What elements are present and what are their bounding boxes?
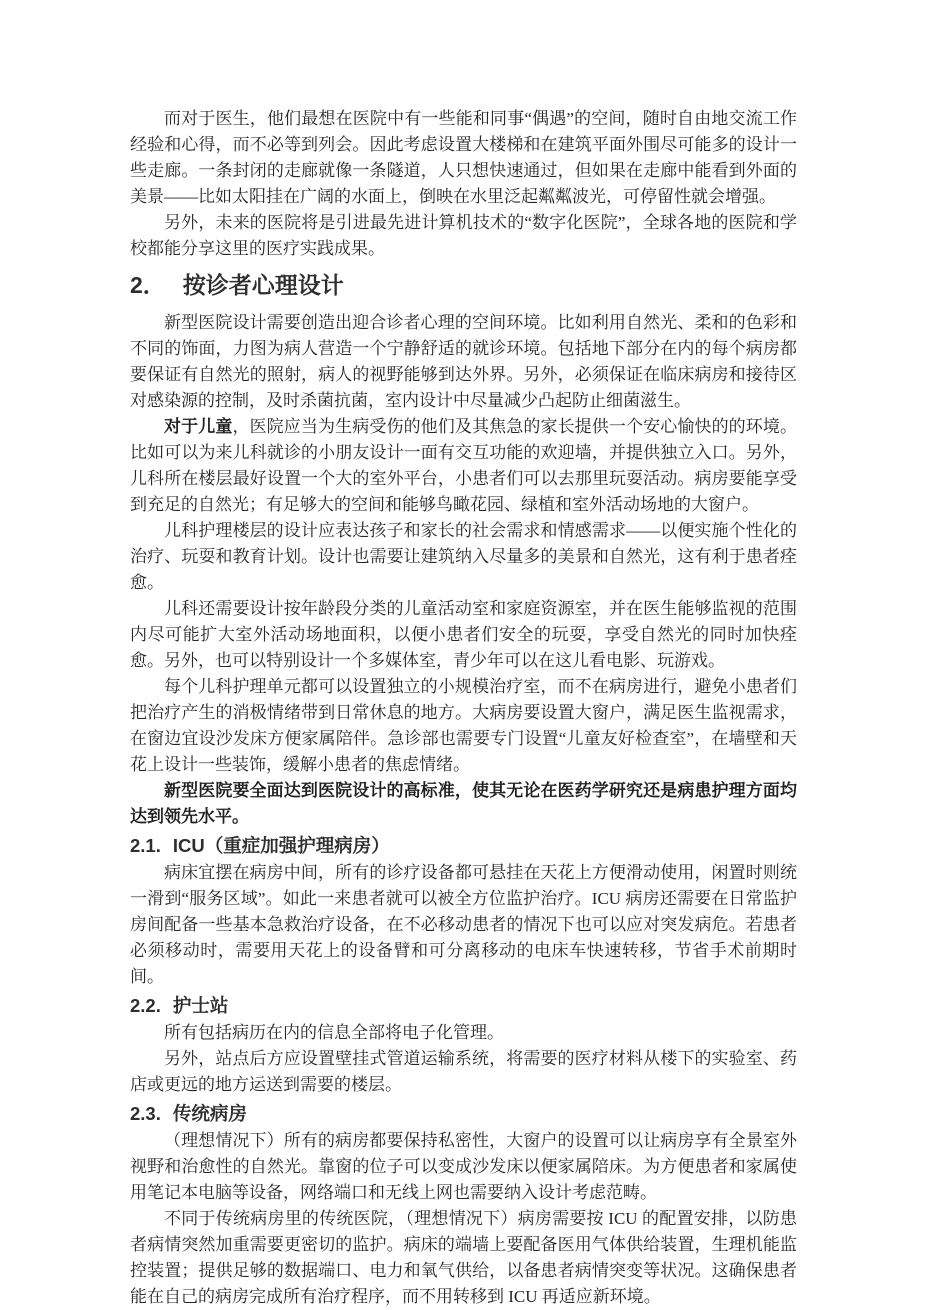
paragraph-pipeline-transport: 另外，站点后方应设置壁挂式管道运输系统，将需要的医疗材料从楼下的实验室、药店或更… [130,1046,797,1098]
heading-section-2-title: 按诊者心理设计 [183,272,344,298]
paragraph-for-children-lead: 对于儿童 [164,417,232,436]
heading-icu-number: 2.1. [130,832,161,859]
heading-nurse-station-number: 2.2. [130,992,161,1019]
heading-icu-title: ICU（重症加强护理病房） [173,835,390,856]
paragraph-ward-privacy: （理想情况下）所有的病房都要保持私密性，大窗户的设置可以让病房享有全景室外视野和… [130,1128,797,1206]
heading-section-2-number: 2． [130,270,166,301]
paragraph-pediatric-activity-rooms: 儿科还需要设计按年龄段分类的儿童活动室和家庭资源室，并在医生能够监视的范围内尽可… [130,596,797,674]
heading-icu: 2.1.ICU（重症加强护理病房） [130,832,797,859]
paragraph-ward-icu-config: 不同于传统病房里的传统医院，（理想情况下）病房需要按 ICU 的配置安排，以防患… [130,1206,797,1310]
paragraph-digital-hospital: 另外，未来的医院将是引进最先进计算机技术的“数字化医院”，全球各地的医院和学校都… [130,210,797,262]
heading-traditional-ward: 2.3.传统病房 [130,1100,797,1127]
paragraph-pediatric-floor: 儿科护理楼层的设计应表达孩子和家长的社会需求和情感需求——以便实施个性化的治疗、… [130,518,797,596]
paragraph-icu-equipment: 病床宜摆在病房中间，所有的诊疗设备都可悬挂在天花上方便滑动使用，闲置时则统一滑到… [130,860,797,990]
heading-nurse-station-title: 护士站 [173,995,229,1016]
paragraph-new-hospital-psychology: 新型医院设计需要创造出迎合诊者心理的空间环境。比如利用自然光、柔和的色彩和不同的… [130,310,797,414]
heading-nurse-station: 2.2.护士站 [130,992,797,1019]
paragraph-high-standard: 新型医院要全面达到医院设计的高标准，使其无论在医药学研究还是病患护理方面均达到领… [130,778,797,830]
heading-traditional-ward-number: 2.3. [130,1100,161,1127]
paragraph-for-children: 对于儿童，医院应当为生病受伤的他们及其焦急的家长提供一个安心愉快的的环境。比如可… [130,414,797,518]
paragraph-doctors-corridor: 而对于医生，他们最想在医院中有一些能和同事“偶遇”的空间，随时自由地交流工作经验… [130,106,797,210]
document-page: 而对于医生，他们最想在医院中有一些能和同事“偶遇”的空间，随时自由地交流工作经验… [0,0,926,1310]
document-body: 而对于医生，他们最想在医院中有一些能和同事“偶遇”的空间，随时自由地交流工作经验… [130,106,797,1310]
heading-section-2: 2．按诊者心理设计 [130,270,797,301]
paragraph-pediatric-care-unit: 每个儿科护理单元都可以设置独立的小规模治疗室，而不在病房进行，避免小患者们把治疗… [130,674,797,778]
heading-traditional-ward-title: 传统病房 [173,1103,247,1124]
paragraph-electronic-records: 所有包括病历在内的信息全部将电子化管理。 [130,1020,797,1046]
